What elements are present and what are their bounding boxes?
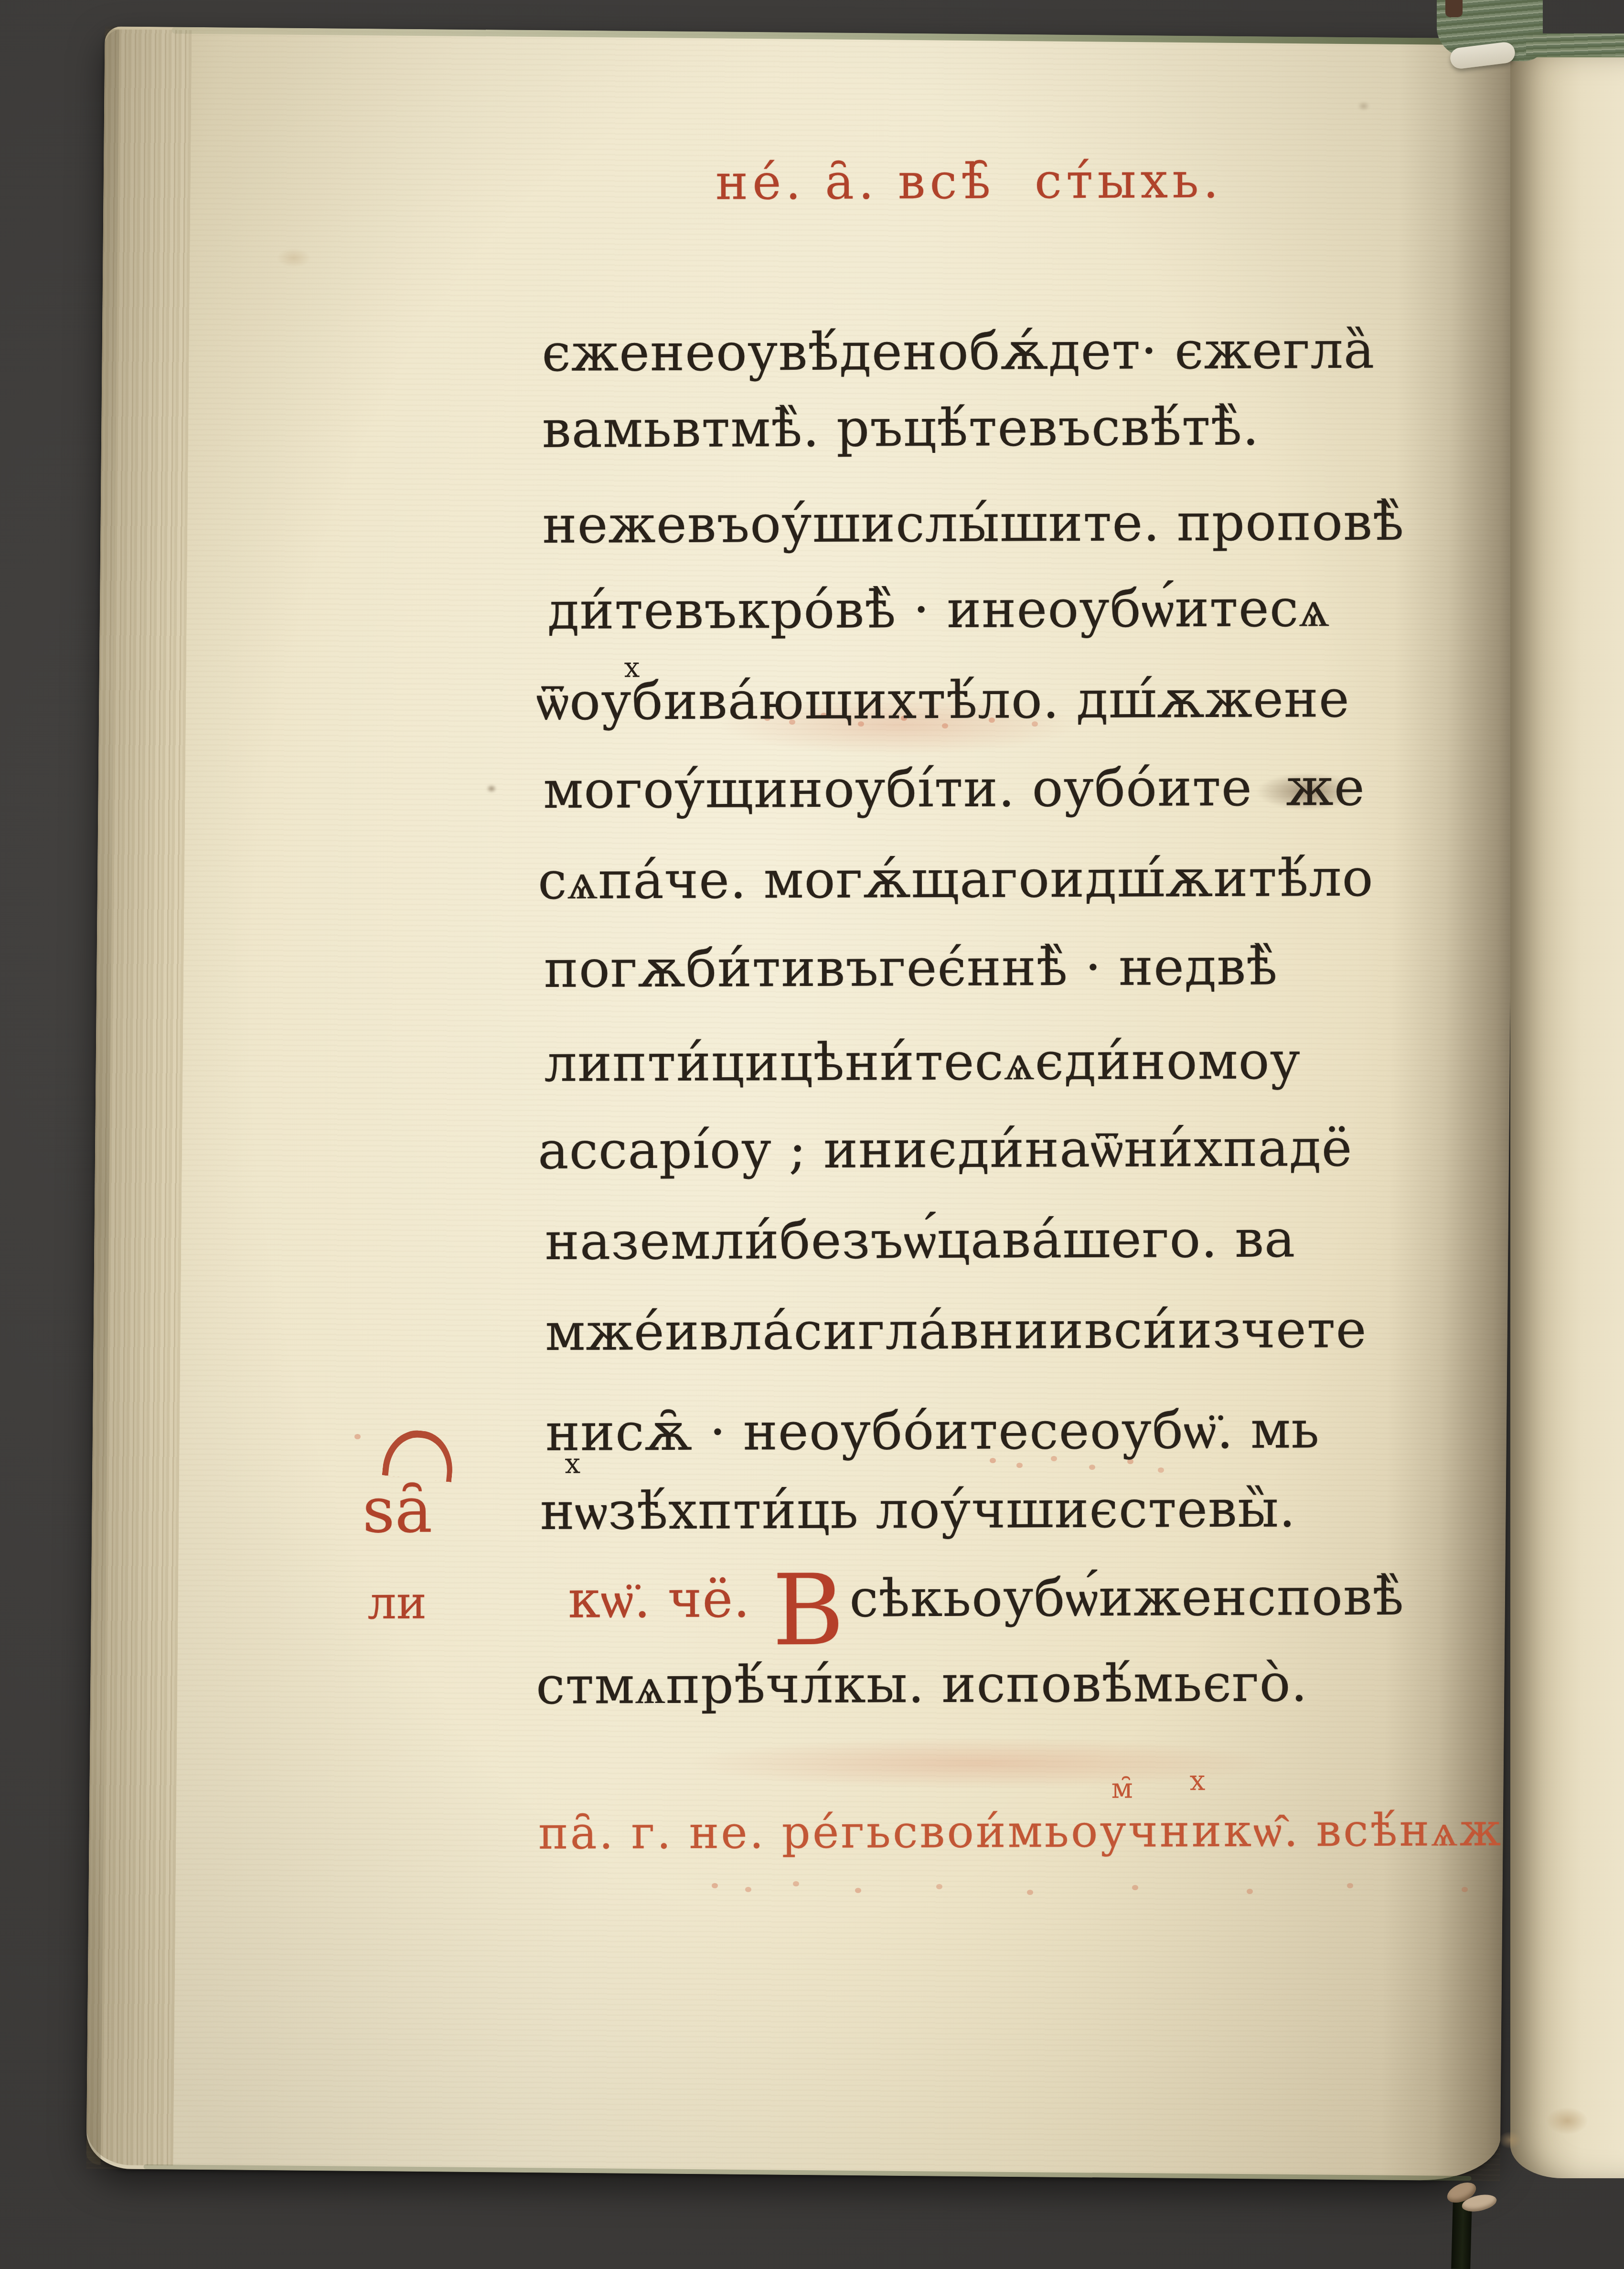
line-text: сѣкьоубѡ́иженсповѣ̏ [849, 1567, 1404, 1629]
photo-background: не́. а̑. всѣ̑ ст́ыхь. єженеоувѣ́денобѫ́д… [0, 0, 1624, 2269]
line-text: погѫби́тивъгеє́ннѣ̏ · недвѣ̏ [544, 937, 1278, 999]
heading-rubric: не́. а̑. всѣ̑ ст́ыхь. [716, 152, 1223, 211]
line-text: стмѧпрѣ́чл́кы. исповѣ́мьєго̀. [536, 1653, 1308, 1716]
manuscript-line: погѫби́тивъгеє́ннѣ̏ · недвѣ̏ [544, 942, 1278, 995]
margin-note-li: ли [367, 1577, 427, 1629]
manuscript-line: ѿоубива́ющихтѣ́ло. дш́ѫжене [536, 674, 1350, 728]
manuscript-line: нежевъоу́шислы́шите. проповѣ̏ [542, 497, 1404, 551]
line-text: ѿоубива́ющихтѣ́ло. дш́ѫжене [536, 669, 1350, 732]
inline-rubric: кѡ̈. чё. [568, 1569, 750, 1629]
bottom-rubric: па̑. г. не. ре́гьсвои́мьоучникѡ̂. всѣ́нѧ… [538, 1804, 1503, 1860]
superscript-letters: ххм̑х [0, 0, 1620, 3]
line-text: ди́тевъкро́вѣ̏ · инеоубѡ́итесѧ [547, 578, 1330, 641]
line-text: мже́ивла́сигла́вниивси́изчете [545, 1300, 1367, 1362]
manuscript-line: кѡ̈. чё.Всѣкьоубѡ́иженсповѣ̏ [568, 1572, 1404, 1626]
line-text: могоу́щиноубі́ти. оубо́ите же [543, 758, 1365, 820]
line-text: нисѫ̑ · неоубо́итесеоубѡ̈. мь [545, 1400, 1320, 1463]
manuscript-line: стмѧпрѣ́чл́кы. исповѣ́мьєго̀. [536, 1658, 1308, 1712]
manuscript-line: мже́ивла́сигла́вниивси́изчете [545, 1304, 1367, 1359]
line-text: сѧпа́че. могѫ́щагоидш́ѫитѣ́ло [538, 848, 1374, 911]
manuscript-line: наземли́безъѡ́цава́шего. ва [545, 1213, 1296, 1267]
manuscript-line: могоу́щиноубі́ти. оубо́ите же [543, 762, 1365, 816]
manuscript-line: липти́цицѣни́тесѧєди́номоу [544, 1035, 1301, 1090]
manuscript-line: вамьвтмѣ̏. ръцѣ́тевъсвѣ́тѣ̏. [542, 402, 1260, 456]
manuscript-line: ди́тевъкро́вѣ̏ · инеоубѡ́итесѧ [547, 583, 1330, 637]
line-text: єженеоувѣ́денобѫ́дет· єжегла̏ [542, 321, 1375, 383]
margin-note-zachalo: ѕа̑ [362, 1474, 432, 1548]
manuscript-line: нисѫ̑ · неоубо́итесеоубѡ̈. мь [545, 1404, 1320, 1459]
line-text: вамьвтмѣ̏. ръцѣ́тевъсвѣ́тѣ̏. [542, 397, 1260, 460]
line-text: нѡзѣ́хпти́ць лоу́чшиєстевы̏. [540, 1479, 1296, 1541]
manuscript-line: ассарі́оу ; иниєди́наѿни́хпадё [538, 1123, 1353, 1177]
text-block: не́. а̑. всѣ̑ ст́ыхь. єженеоувѣ́денобѫ́д… [0, 0, 1624, 2269]
initial-letter: В [772, 1611, 845, 1611]
superscript-letter: х [565, 1447, 580, 1480]
gospel-text: єженеоувѣ́денобѫ́дет· єжегла̏вамьвтмѣ̏. … [0, 0, 1620, 3]
manuscript-line: нѡзѣ́хпти́ць лоу́чшиєстевы̏. [540, 1483, 1296, 1538]
manuscript-line: сѧпа́че. могѫ́щагоидш́ѫитѣ́ло [538, 853, 1374, 907]
line-text: нежевъоу́шислы́шите. проповѣ̏ [542, 492, 1404, 555]
manuscript-line: єженеоувѣ́денобѫ́дет· єжегла̏ [542, 325, 1375, 379]
line-text: ассарі́оу ; иниєди́наѿни́хпадё [538, 1118, 1353, 1181]
superscript-letter: м̑ [1111, 1772, 1133, 1805]
superscript-letter: х [1190, 1764, 1206, 1797]
superscript-letter: х [624, 651, 640, 684]
line-text: наземли́безъѡ́цава́шего. ва [545, 1209, 1296, 1271]
line-text: липти́цицѣни́тесѧєди́номоу [544, 1031, 1301, 1093]
